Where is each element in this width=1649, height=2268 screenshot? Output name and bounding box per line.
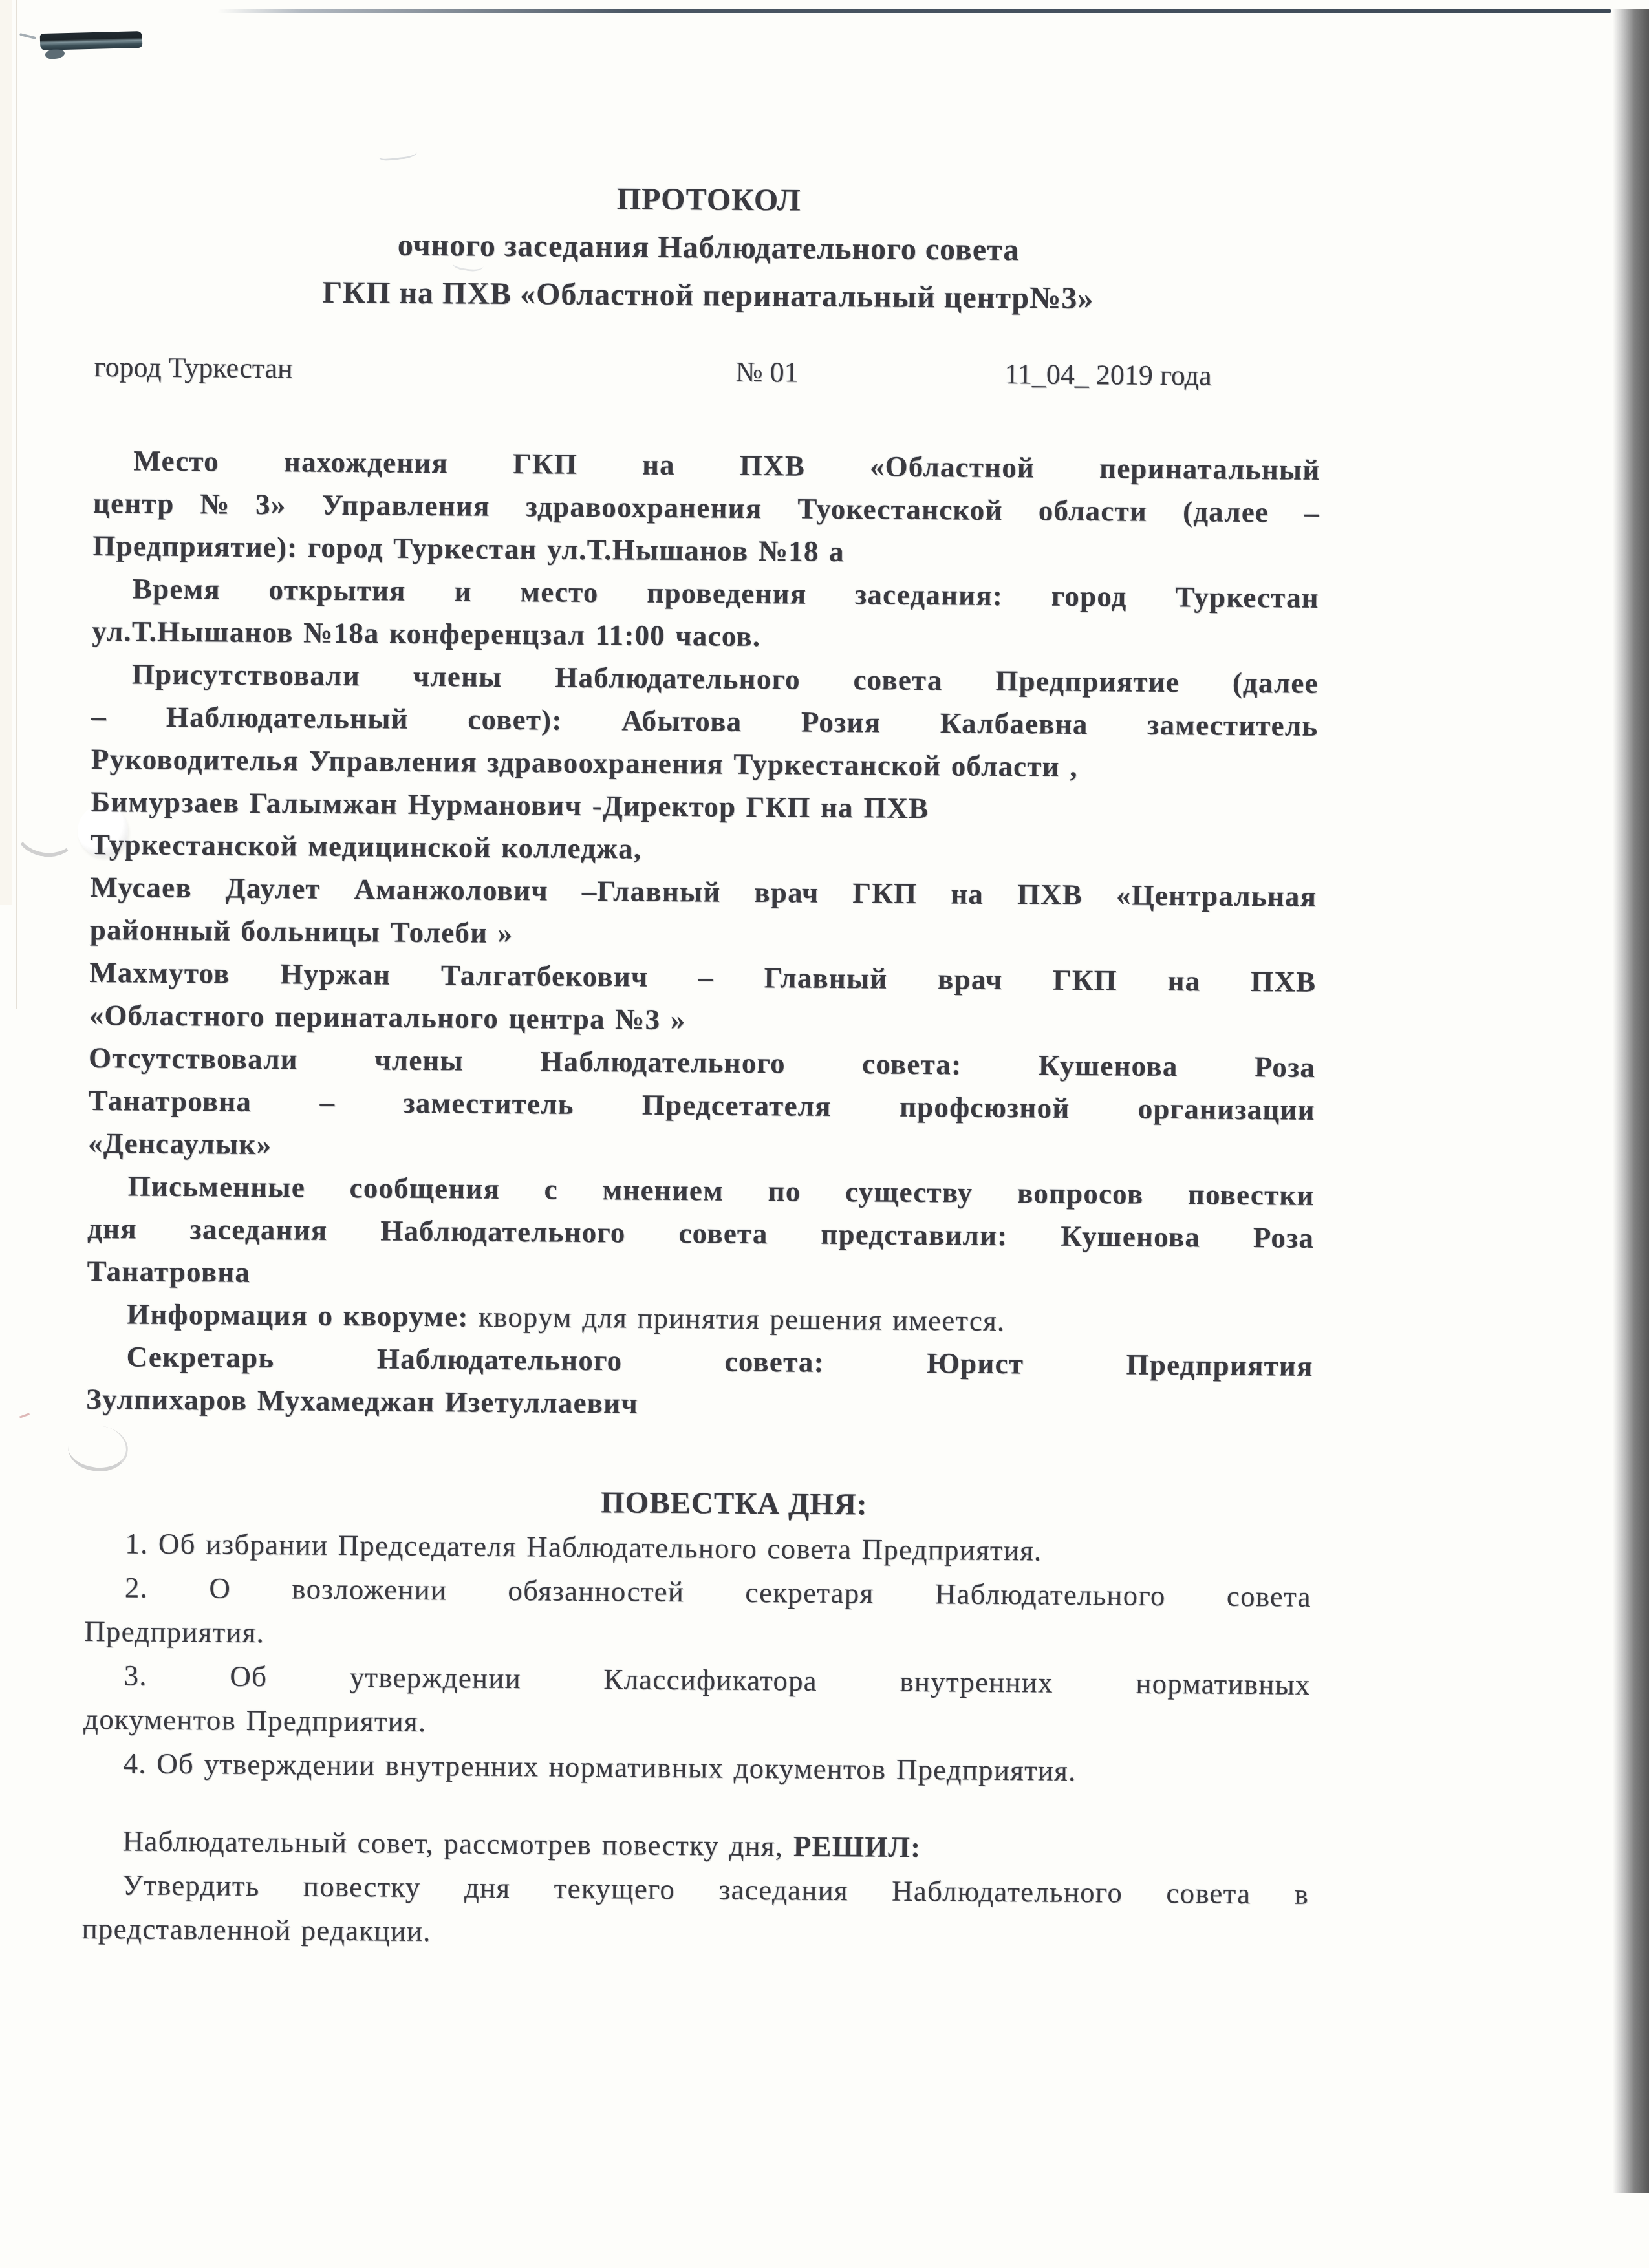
- meta-protocol-number: № 01: [735, 356, 798, 389]
- agenda-heading: ПОВЕСТКА ДНЯ:: [121, 1477, 1348, 1530]
- agenda-item: 4. Об утверждении внутренних нормативных…: [83, 1741, 1309, 1795]
- resolution-decision: РЕШИЛ:: [793, 1830, 921, 1864]
- binder-clip-mark: [40, 31, 143, 50]
- organization-name: ГКП на ПХВ «Областной перинатальный цент…: [94, 267, 1322, 325]
- quorum-label: Информация о кворуме:: [127, 1298, 469, 1332]
- pencil-scratch-mark: [19, 33, 36, 39]
- agenda-list: 1. Об избрании Председателя Наблюдательн…: [83, 1521, 1311, 1795]
- body-text: Место нахождения ГКП на ПХВ «Областной п…: [86, 439, 1320, 1430]
- paper-fold-line: [16, 0, 17, 1009]
- faint-pencil-mark: [378, 143, 418, 162]
- hole-punch-ghost: [14, 808, 80, 861]
- scanner-lid-line: [217, 9, 1611, 13]
- meta-city: город Туркестан: [94, 351, 292, 385]
- scanned-page: ПРОТОКОЛ очного заседания Наблюдательног…: [0, 0, 1649, 2268]
- scanner-edge-shadow: [1613, 9, 1649, 2193]
- meta-row: город Туркестан № 01 11_04_ 2019 года: [94, 351, 1320, 393]
- resolution-lead: Наблюдательный совет, рассмотрев повестк…: [123, 1824, 793, 1862]
- meta-date: 11_04_ 2019 года: [1004, 358, 1211, 392]
- resolution-block: Наблюдательный совет, рассмотрев повестк…: [81, 1819, 1309, 1960]
- quorum-value: кворум для принятия решения имеется.: [468, 1301, 1005, 1338]
- faint-red-mark: [19, 1413, 30, 1418]
- paper-edge-tint: [0, 0, 12, 905]
- document-content: ПРОТОКОЛ очного заседания Наблюдательног…: [81, 171, 1322, 1960]
